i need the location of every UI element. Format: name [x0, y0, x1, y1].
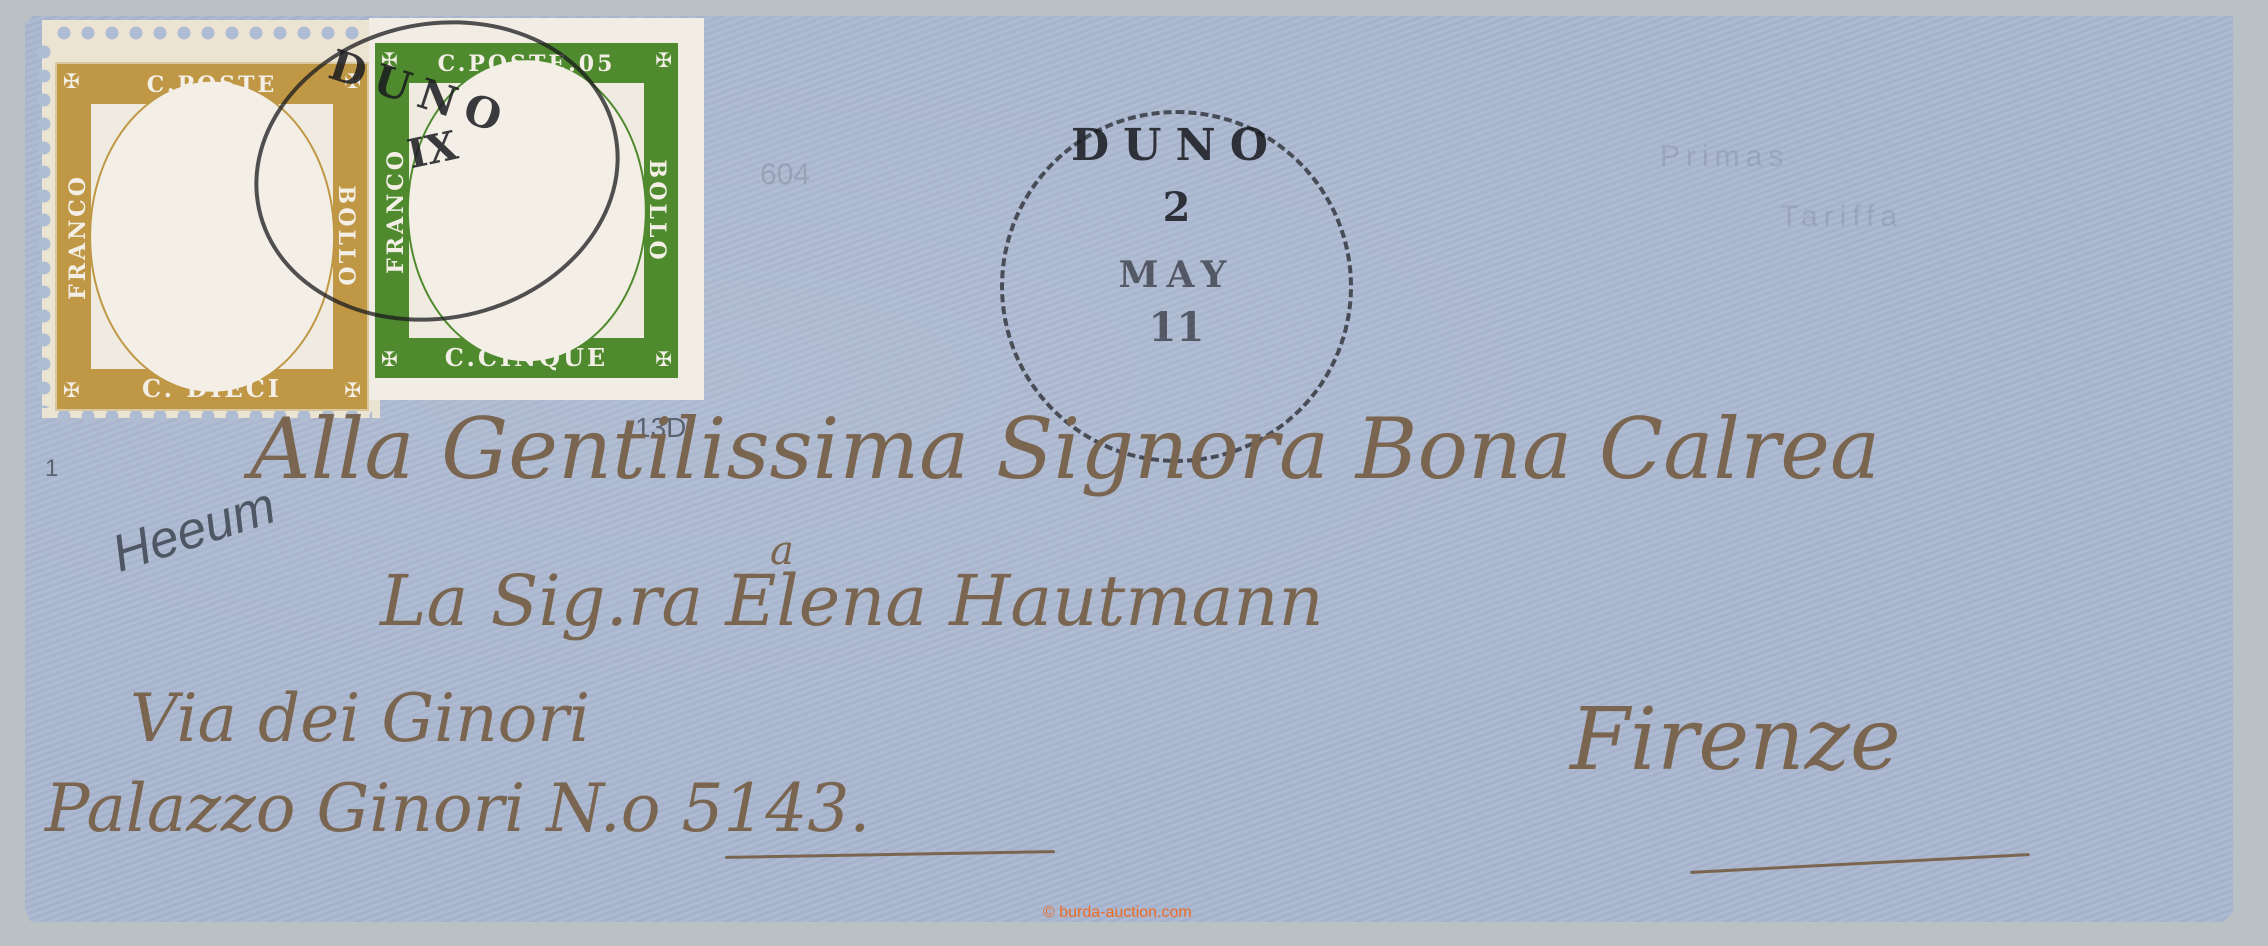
address-city: Firenze [1570, 690, 1901, 790]
cross-ornament-icon: ✠ [655, 51, 672, 71]
pencil-faint-note-2: Tariffa [1780, 200, 1903, 234]
cross-ornament-icon: ✠ [655, 350, 672, 370]
address-line-4: Palazzo Ginori N.o 5143. [45, 770, 870, 847]
cross-ornament-icon: ✠ [63, 72, 80, 92]
address-line-1: Alla Gentilissima Signora Bona Calrea [250, 400, 1880, 498]
postmark-month: MAY [1004, 254, 1349, 296]
stamp-perforations-left [36, 40, 52, 408]
postmark-year: 11 [1004, 304, 1349, 351]
postmark-day: 2 [1004, 184, 1349, 231]
cross-ornament-icon: ✠ [381, 350, 398, 370]
address-line-2: La Sig.ra Elena Hautmann [380, 560, 1324, 642]
pencil-note-604: 604 [760, 158, 810, 192]
cross-ornament-icon: ✠ [344, 381, 361, 401]
stamp-right-text: BOLLO [644, 91, 670, 331]
stamp-bottom-text: C.CINQUE [375, 343, 678, 372]
postmark-city: DUNO [1004, 120, 1349, 171]
pencil-faint-note-1: Primas [1660, 140, 1789, 174]
cross-ornament-icon: ✠ [63, 381, 80, 401]
address-line-3: Via dei Ginori [130, 680, 590, 757]
pencil-note-1: 1 [45, 455, 58, 483]
watermark-text: © burda-auction.com [1043, 904, 1192, 922]
stamp-left-text: FRANCO [65, 117, 91, 357]
stamp-bottom-text: C. DIECI [57, 374, 367, 403]
